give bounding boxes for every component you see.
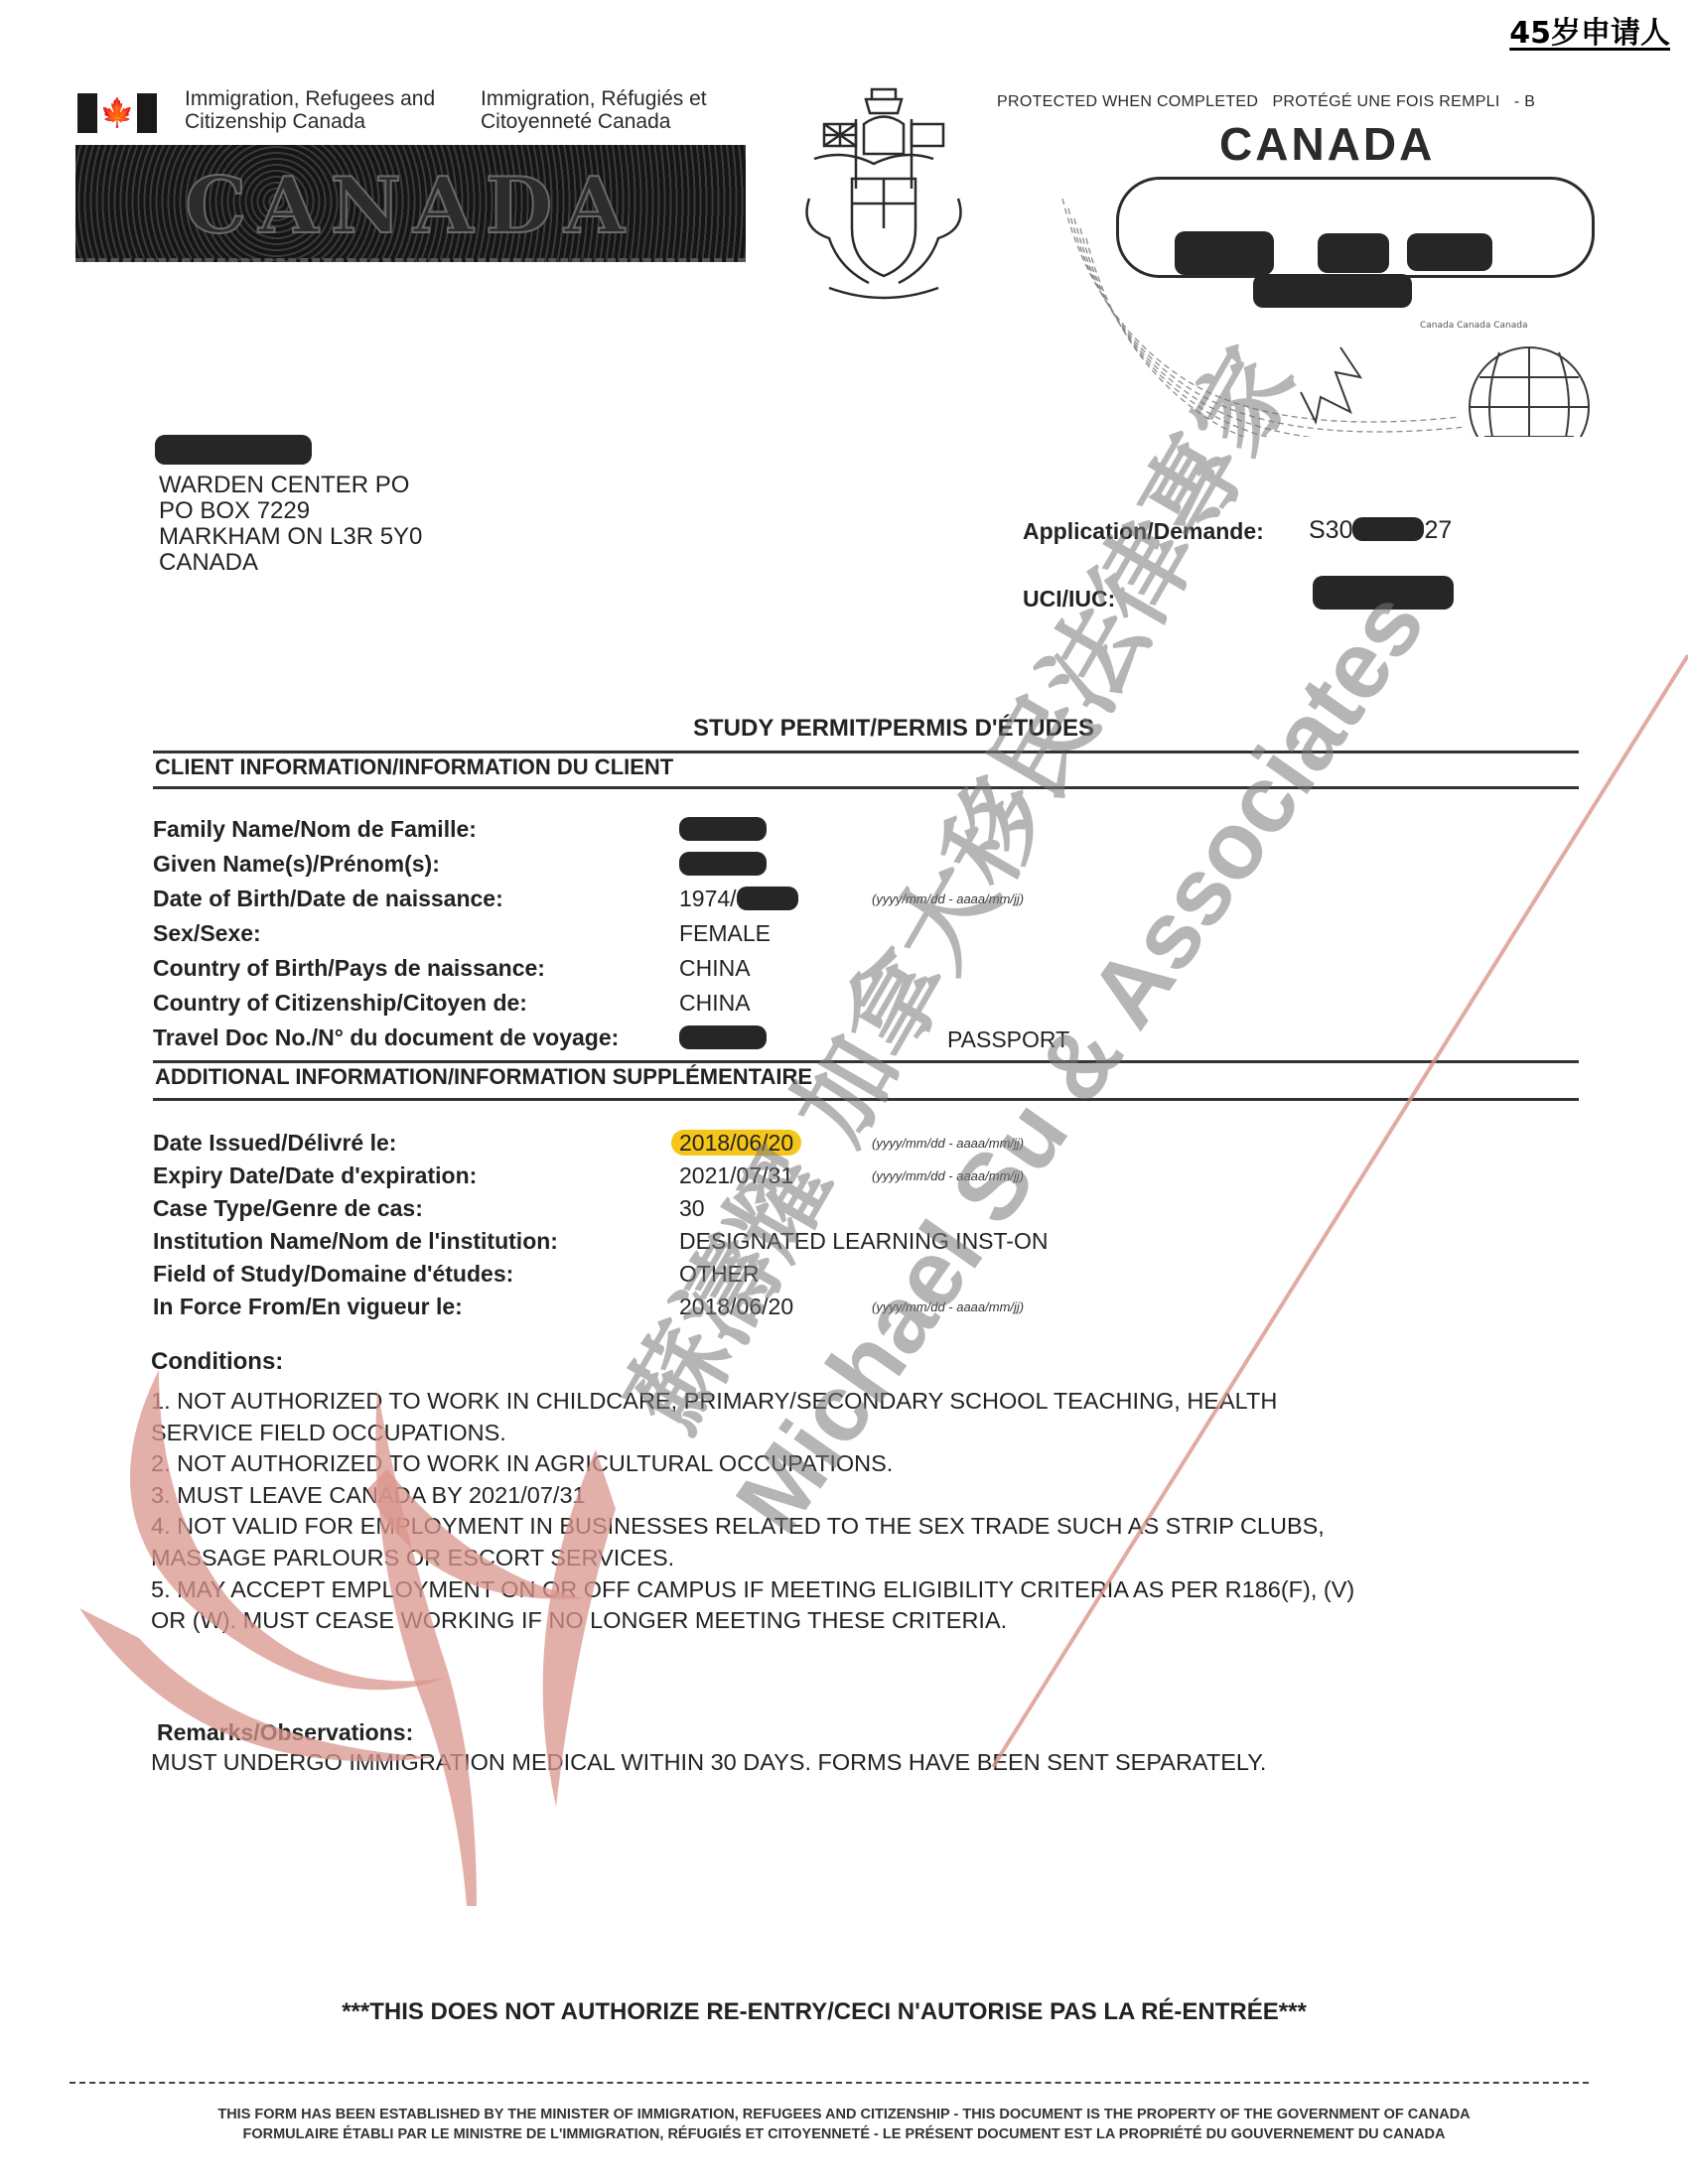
field-label: Expiry Date/Date d'expiration: bbox=[153, 1162, 477, 1189]
maple-leaf-icon: 🍁 bbox=[97, 93, 137, 133]
remarks-text: MUST UNDERGO IMMIGRATION MEDICAL WITHIN … bbox=[151, 1749, 1266, 1776]
field-label: Institution Name/Nom de l'institution: bbox=[153, 1228, 558, 1255]
field-value bbox=[679, 816, 767, 843]
canada-flag-icon: 🍁 bbox=[77, 93, 157, 133]
field-value: 1974/ bbox=[679, 886, 798, 912]
field-row: Given Name(s)/Prénom(s): bbox=[153, 851, 1543, 885]
field-label: Family Name/Nom de Famille: bbox=[153, 816, 477, 843]
field-label: Country of Birth/Pays de naissance: bbox=[153, 955, 545, 982]
banner-word: CANADA bbox=[75, 161, 746, 251]
footer-divider bbox=[70, 2082, 1589, 2084]
canada-security-banner: CANADA bbox=[75, 145, 746, 262]
redacted-value bbox=[737, 887, 798, 910]
field-value: FEMALE bbox=[679, 920, 771, 947]
field-label: Case Type/Genre de cas: bbox=[153, 1195, 423, 1222]
field-label: Given Name(s)/Prénom(s): bbox=[153, 851, 440, 878]
field-label: Country of Citizenship/Citoyen de: bbox=[153, 990, 527, 1017]
field-label: Field of Study/Domaine d'études: bbox=[153, 1261, 513, 1288]
field-row: Date of Birth/Date de naissance:1974/(yy… bbox=[153, 886, 1543, 919]
field-row: Family Name/Nom de Famille: bbox=[153, 816, 1543, 850]
field-label: Travel Doc No./N° du document de voyage: bbox=[153, 1024, 619, 1051]
mailing-address: WARDEN CENTER PO PO BOX 7229 MARKHAM ON … bbox=[159, 473, 422, 576]
conditions-heading: Conditions: bbox=[151, 1348, 283, 1376]
redacted-application-digits bbox=[1352, 517, 1424, 541]
coat-of-arms-icon bbox=[794, 79, 973, 308]
field-label: Date of Birth/Date de naissance: bbox=[153, 886, 503, 912]
field-value: CHINA bbox=[679, 955, 751, 982]
reentry-notice: ***THIS DOES NOT AUTHORIZE RE-ENTRY/CECI… bbox=[0, 1998, 1688, 2026]
department-name-fr: Immigration, Réfugiés et Citoyenneté Can… bbox=[481, 87, 707, 133]
footer-french: FORMULAIRE ÉTABLI PAR LE MINISTRE DE L'I… bbox=[0, 2126, 1688, 2142]
condition-item: 5. MAY ACCEPT EMPLOYMENT ON OR OFF CAMPU… bbox=[151, 1574, 1392, 1637]
footer-english: THIS FORM HAS BEEN ESTABLISHED BY THE MI… bbox=[0, 2107, 1688, 2122]
redacted-value bbox=[679, 817, 767, 841]
field-label: In Force From/En vigueur le: bbox=[153, 1294, 463, 1320]
redacted-value bbox=[679, 1025, 767, 1049]
application-number: S3027 bbox=[1309, 516, 1452, 545]
redacted-value bbox=[679, 852, 767, 876]
redacted-recipient-name bbox=[155, 435, 312, 465]
document-title: STUDY PERMIT/PERMIS D'ÉTUDES bbox=[0, 715, 1688, 743]
maple-leaf-globe-stamp-icon: Canada Canada Canada bbox=[1281, 308, 1609, 437]
remarks-heading: Remarks/Observations: bbox=[157, 1719, 413, 1746]
svg-text:Canada Canada Canada: Canada Canada Canada bbox=[1420, 321, 1527, 331]
field-value bbox=[679, 1024, 767, 1051]
field-label: Sex/Sexe: bbox=[153, 920, 261, 947]
additional-section-heading: ADDITIONAL INFORMATION/INFORMATION SUPPL… bbox=[155, 1064, 812, 1090]
field-value bbox=[679, 851, 767, 878]
divider bbox=[153, 786, 1579, 789]
client-section-heading: CLIENT INFORMATION/INFORMATION DU CLIENT bbox=[155, 754, 673, 780]
department-name-en: Immigration, Refugees and Citizenship Ca… bbox=[185, 87, 435, 133]
protected-notice: PROTECTED WHEN COMPLETED PROTÉGÉ UNE FOI… bbox=[997, 93, 1535, 111]
field-row: Field of Study/Domaine d'études:OTHER bbox=[153, 1261, 1543, 1295]
applicant-age-annotation: 45岁申请人 bbox=[1509, 8, 1670, 52]
country-title: CANADA bbox=[1219, 117, 1435, 171]
field-row: Institution Name/Nom de l'institution:DE… bbox=[153, 1228, 1543, 1262]
field-label: Date Issued/Délivré le: bbox=[153, 1130, 396, 1157]
field-value: CHINA bbox=[679, 990, 751, 1017]
